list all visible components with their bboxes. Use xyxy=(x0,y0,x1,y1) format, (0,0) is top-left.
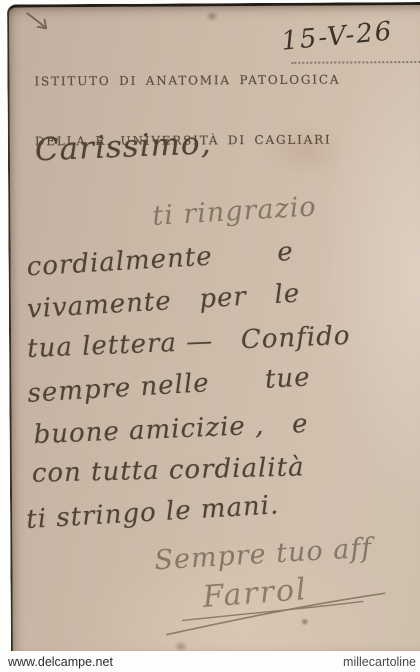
handwriting-line: cordialmente e xyxy=(26,237,295,283)
watermark-millecartoline: millecartoline xyxy=(343,655,416,669)
handwriting-line: tua lettera — Confido xyxy=(27,321,351,364)
letterhead-line1: ISTITUTO DI ANATOMIA PATOLOGICA xyxy=(34,70,340,92)
watermark-delcampe: www.delcampe.net xyxy=(8,655,113,669)
signature: Farrol xyxy=(162,571,392,642)
handwritten-date: 15-V-26 xyxy=(280,16,395,56)
handwriting-line: ti ringrazio xyxy=(152,191,318,232)
handwriting-line: buone amicizie , e xyxy=(33,409,309,450)
handwriting-line: ti stringo le mani. xyxy=(25,490,280,535)
dotted-rule xyxy=(291,61,420,64)
postcard-photo: ISTITUTO DI ANATOMIA PATOLOGICA DELLA R.… xyxy=(0,0,420,672)
watermark-band: www.delcampe.net millecartoline xyxy=(0,651,420,672)
handwriting-line: sempre nelle tue xyxy=(27,362,312,409)
postcard: ISTITUTO DI ANATOMIA PATOLOGICA DELLA R.… xyxy=(7,2,420,660)
handwriting-line: con tutta cordialità xyxy=(32,452,305,488)
handwriting-line: vivamente per le xyxy=(26,279,301,325)
handwriting-salutation: Carissimo, xyxy=(34,125,212,168)
handwriting-closing: Sempre tuo aff xyxy=(154,533,373,577)
